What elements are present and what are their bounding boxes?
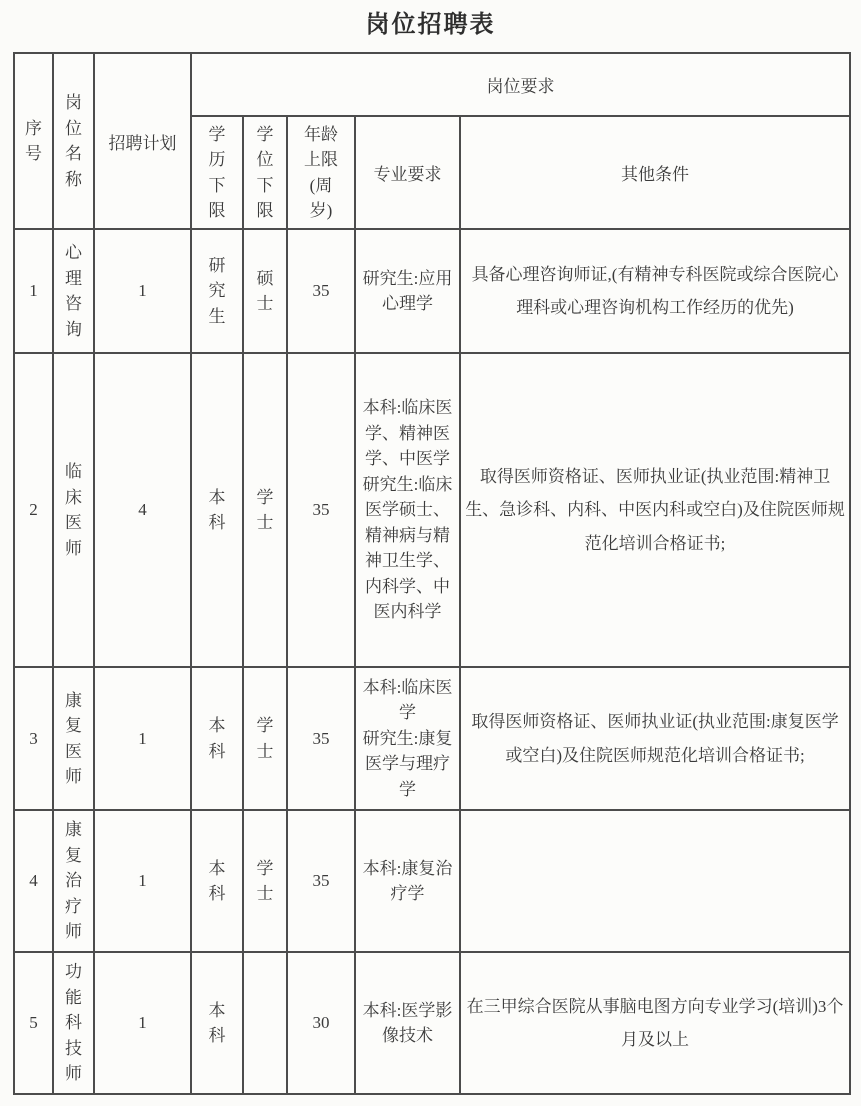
recruitment-table: 序号 岗位名称 招聘计划 岗位要求 学历下限 学位下限 年龄上限(周岁) 专业要… <box>13 52 851 1095</box>
cell-edu: 本科 <box>191 353 243 667</box>
cell-other: 取得医师资格证、医师执业证(执业范围:精神卫生、急诊科、内科、中医内科或空白)及… <box>460 353 850 667</box>
cell-plan: 4 <box>94 353 191 667</box>
cell-plan: 1 <box>94 229 191 353</box>
header-requirements-group: 岗位要求 <box>191 53 850 116</box>
cell-edu: 本科 <box>191 667 243 810</box>
cell-degree: 学士 <box>243 667 287 810</box>
header-plan: 招聘计划 <box>94 53 191 229</box>
cell-degree-text: 学士 <box>255 856 275 907</box>
cell-edu-text: 本科 <box>207 998 227 1049</box>
cell-age: 35 <box>287 353 355 667</box>
header-position: 岗位名称 <box>53 53 94 229</box>
cell-seq: 1 <box>14 229 53 353</box>
cell-edu-text: 本科 <box>207 856 227 907</box>
cell-edu: 本科 <box>191 810 243 952</box>
cell-position: 临床医师 <box>53 353 94 667</box>
cell-edu-text: 研究生 <box>207 253 227 330</box>
header-degree: 学位下限 <box>243 116 287 229</box>
header-major: 专业要求 <box>355 116 460 229</box>
header-other: 其他条件 <box>460 116 850 229</box>
cell-edu-text: 本科 <box>207 485 227 536</box>
header-age-label: 年龄上限(周岁) <box>301 122 340 224</box>
document-page: 岗位招聘表 序号 岗位名称 招聘计划 岗位要求 学历下限 学位下限 年龄上限(周… <box>0 0 861 1106</box>
header-degree-label: 学位下限 <box>255 122 275 224</box>
cell-plan: 1 <box>94 667 191 810</box>
cell-degree: 硕士 <box>243 229 287 353</box>
table-row: 4 康复治疗师 1 本科 学士 35 本科:康复治疗学 <box>14 810 850 952</box>
cell-degree-text: 硕士 <box>255 266 275 317</box>
cell-age: 30 <box>287 952 355 1094</box>
table-row: 2 临床医师 4 本科 学士 35 本科:临床医学、精神医学、中医学 研究生:临… <box>14 353 850 667</box>
cell-major: 本科:临床医学、精神医学、中医学 研究生:临床医学硕士、精神病与精神卫生学、内科… <box>355 353 460 667</box>
cell-age: 35 <box>287 229 355 353</box>
cell-other: 在三甲综合医院从事脑电图方向专业学习(培训)3个月及以上 <box>460 952 850 1094</box>
cell-age: 35 <box>287 667 355 810</box>
cell-major: 本科:临床医学 研究生:康复医学与理疗学 <box>355 667 460 810</box>
cell-seq: 2 <box>14 353 53 667</box>
table-row: 5 功能科技师 1 本科 30 本科:医学影像技术 在三甲综合医院从事脑电图方向… <box>14 952 850 1094</box>
cell-other: 取得医师资格证、医师执业证(执业范围:康复医学或空白)及住院医师规范化培训合格证… <box>460 667 850 810</box>
cell-position-text: 临床医师 <box>64 459 84 561</box>
cell-seq: 5 <box>14 952 53 1094</box>
header-row-top: 序号 岗位名称 招聘计划 岗位要求 <box>14 53 850 116</box>
cell-position-text: 康复治疗师 <box>64 817 84 945</box>
cell-position-text: 心理咨询 <box>64 240 84 342</box>
cell-edu: 研究生 <box>191 229 243 353</box>
cell-position-text: 康复医师 <box>64 688 84 790</box>
cell-degree-text: 学士 <box>255 485 275 536</box>
cell-position: 康复治疗师 <box>53 810 94 952</box>
cell-other: 具备心理咨询师证,(有精神专科医院或综合医院心理科或心理咨询机构工作经历的优先) <box>460 229 850 353</box>
cell-degree: 学士 <box>243 353 287 667</box>
cell-position: 康复医师 <box>53 667 94 810</box>
cell-age: 35 <box>287 810 355 952</box>
cell-degree: 学士 <box>243 810 287 952</box>
table-row: 1 心理咨询 1 研究生 硕士 35 研究生:应用心理学 具备心理咨询师证,(有… <box>14 229 850 353</box>
header-position-label: 岗位名称 <box>64 90 84 192</box>
cell-position-text: 功能科技师 <box>64 959 84 1087</box>
cell-major: 本科:康复治疗学 <box>355 810 460 952</box>
cell-seq: 4 <box>14 810 53 952</box>
cell-position: 心理咨询 <box>53 229 94 353</box>
cell-seq: 3 <box>14 667 53 810</box>
cell-plan: 1 <box>94 810 191 952</box>
cell-major: 本科:医学影像技术 <box>355 952 460 1094</box>
table-row: 3 康复医师 1 本科 学士 35 本科:临床医学 研究生:康复医学与理疗学 取… <box>14 667 850 810</box>
header-seq: 序号 <box>14 53 53 229</box>
header-edu-label: 学历下限 <box>207 122 227 224</box>
header-age: 年龄上限(周岁) <box>287 116 355 229</box>
cell-position: 功能科技师 <box>53 952 94 1094</box>
cell-edu-text: 本科 <box>207 713 227 764</box>
header-seq-label: 序号 <box>24 116 44 167</box>
page-title: 岗位招聘表 <box>0 4 861 39</box>
header-edu: 学历下限 <box>191 116 243 229</box>
cell-other <box>460 810 850 952</box>
cell-edu: 本科 <box>191 952 243 1094</box>
cell-plan: 1 <box>94 952 191 1094</box>
cell-major: 研究生:应用心理学 <box>355 229 460 353</box>
cell-degree <box>243 952 287 1094</box>
cell-degree-text: 学士 <box>255 713 275 764</box>
